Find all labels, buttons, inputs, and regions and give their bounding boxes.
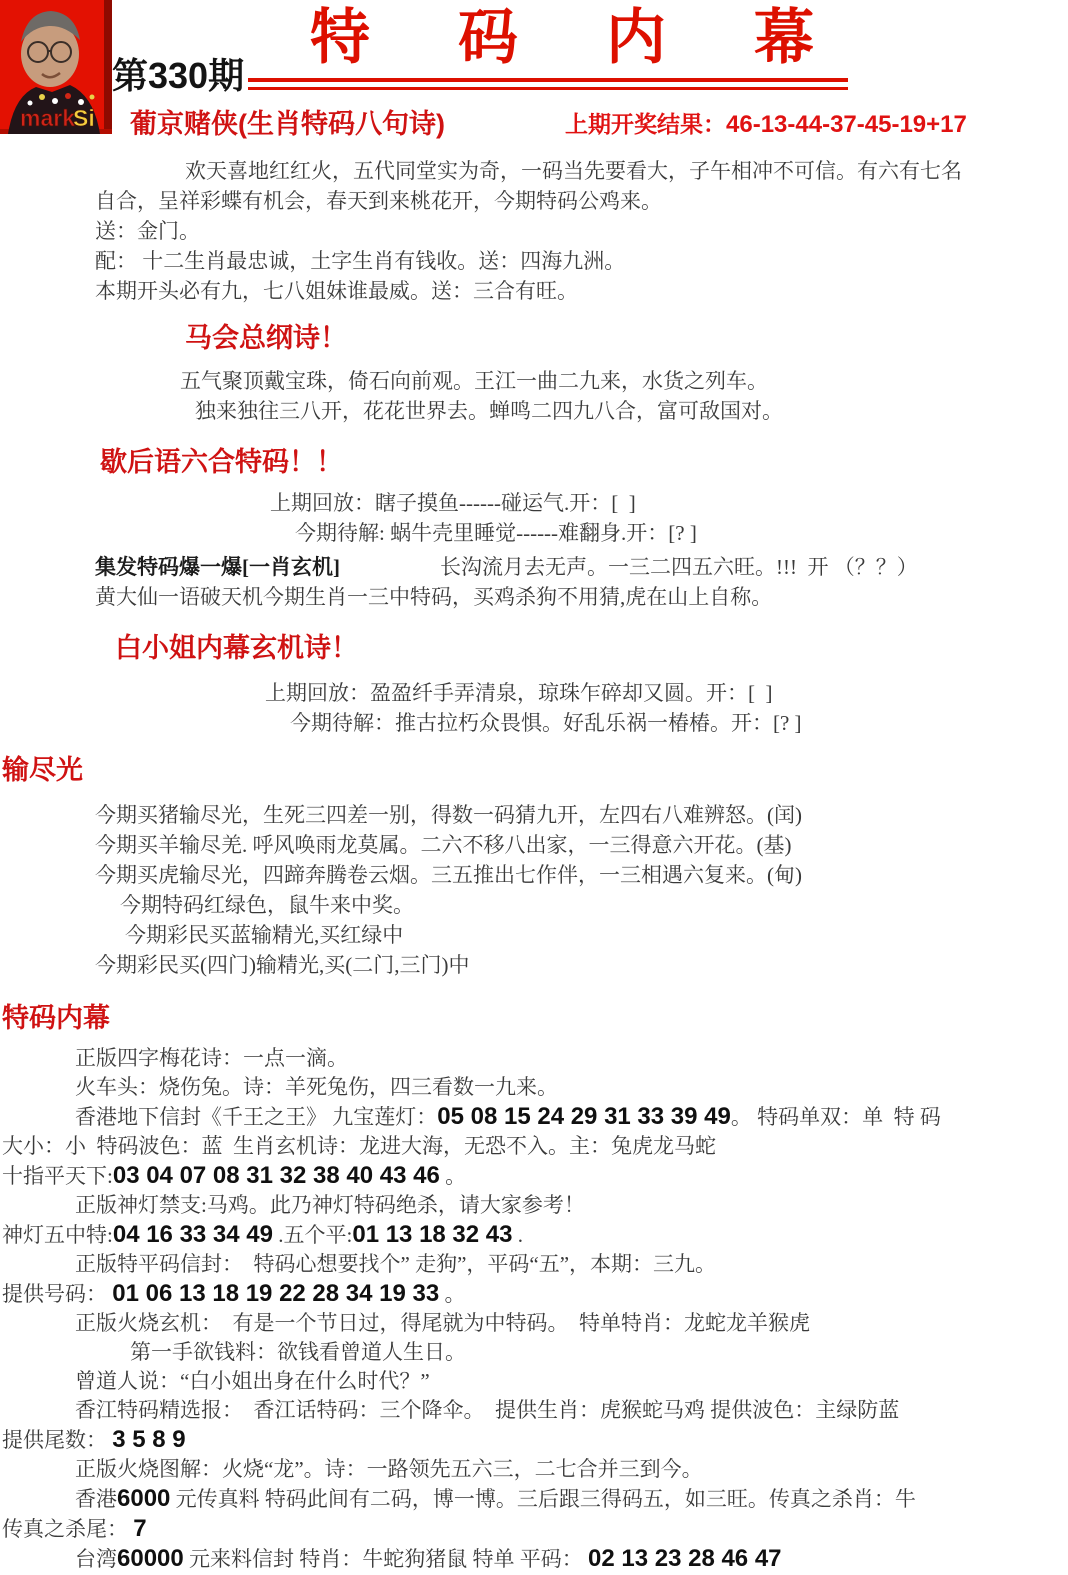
line-segment-numbers: 02 13 23 28 46 47 [588, 1545, 782, 1572]
tema-line-huoshao-tujie: 正版火烧图解：火烧“龙”。诗：一路领先五六三，二七合并三到今。 [75, 1455, 1068, 1484]
line-segment-numbers: 6000 [117, 1485, 170, 1512]
zodiac-poem-line: 配： 十二生肖最忠诚，土字生肖有钱收。送：四海九洲。 [95, 246, 1068, 276]
line-segment: 。 特码单双：单 特 码 [731, 1105, 941, 1129]
shujinguang-line: 今期彩民买蓝输精光,买红绿中 [125, 920, 1068, 950]
tema-line-daxiao-bose: 大小：小 特码波色：蓝 生肖玄机诗：龙进大海，无恐不入。主：兔虎龙马蛇 [2, 1132, 1068, 1161]
tema-line-taiwan60000: 台湾60000 元来料信封 特肖：牛蛇狗猪鼠 特单 平码： 02 13 23 2… [75, 1544, 1068, 1574]
zodiac-poem-line: 本期开头必有九，七八姐妹谁最威。送：三合有旺。 [95, 276, 1068, 306]
line-segment: 。 [439, 1282, 465, 1306]
tema-line-yuqianliao: 第一手欲钱料：欲钱看曾道人生日。 [130, 1338, 1068, 1367]
line-segment: .五个平: [273, 1223, 352, 1247]
shujinguang-line: 今期买虎输尽光，四蹄奔腾卷云烟。三五推出七作伴，一三相遇六复来。(甸) [95, 860, 1068, 890]
tema-line-weishu: 提供尾数： 3 5 8 9 [2, 1425, 1068, 1455]
line-segment: 神灯五中特: [2, 1223, 113, 1247]
line-segment-numbers: 05 08 15 24 29 31 33 39 49 [437, 1103, 731, 1130]
xiehouyu-prev-line: 上期回放：瞎子摸鱼------碰运气.开：[ ] [270, 488, 1068, 518]
sheet-content: 欢天喜地红红火，五代同堂实为奇，一码当先要看大，子午相冲不可信。有六有七名 自合… [0, 150, 1068, 1574]
line-segment: 元来料信封 特肖：牛蛇狗猪鼠 特单 平码： [184, 1547, 588, 1571]
line-segment: 正版火烧图解：火烧“龙”。诗：一路领先五六三，二七合并三到今。 [75, 1457, 703, 1481]
tema-line-tepingma-xinfeng: 正版特平码信封： 特码心想要找个” 走狗”，平码“五”，本期：三九。 [75, 1250, 1068, 1279]
last-draw-numbers: 46-13-44-37-45-19+17 [726, 111, 967, 138]
tema-line-chuanzhen6000: 香港6000 元传真料 特码此间有二码，博一博。三后跟三得码五，如三旺。传真之杀… [75, 1484, 1068, 1514]
tema-line-shizhi: 十指平天下:03 04 07 08 31 32 38 40 43 46 。 [2, 1161, 1068, 1191]
mahui-poem-line: 独来独往三八开，花花世界去。蝉鸣二四九八合，富可敌国对。 [195, 396, 1068, 426]
line-segment-numbers: 01 13 18 32 43 [352, 1221, 512, 1248]
line-segment: 长沟流月去无声。一三二四五六旺。!!! 开 （？？） [440, 555, 918, 579]
line-segment: 元传真料 特码此间有二码，博一博。三后跟三得码五，如三旺。传真之杀肖：牛 [170, 1487, 916, 1511]
shujinguang-line: 今期彩民买(四门)输精光,买(二门,三门)中 [95, 950, 1068, 980]
mahui-poem-line: 五气聚顶戴宝珠，倚石向前观。王江一曲二九来，水货之列车。 [180, 366, 1068, 396]
subtitle: 葡京赌侠(生肖特码八句诗) [130, 102, 445, 141]
line-segment: 传真之杀尾： [2, 1517, 133, 1541]
line-segment-numbers: 3 5 8 9 [112, 1426, 185, 1453]
section-heading-xiehouyu: 歇后语六合特码！！ [100, 446, 1068, 478]
tema-line-tigonghaoma: 提供号码： 01 06 13 18 19 22 28 34 19 33 。 [2, 1279, 1068, 1309]
tema-line-shendeng-jinzhi: 正版神灯禁支:马鸡。此乃神灯特码绝杀，请大家参考！ [75, 1191, 1068, 1220]
huangdaxian-line: 黄大仙一语破天机今期生肖一三中特码，买鸡杀狗不用猜,虎在山上自称。 [95, 582, 1068, 612]
line-segment: 香港地下信封《千王之王》 九宝莲灯： [75, 1105, 437, 1129]
line-segment: 香江特码精选报： 香江话特码：三个降伞。 提供生肖：虎猴蛇马鸡 提供波色：主绿防… [75, 1398, 899, 1422]
tema-line-shawei: 传真之杀尾： 7 [2, 1514, 1068, 1544]
line-segment-numbers: 7 [133, 1515, 146, 1542]
xiehouyu-now-line: 今期待解: 蜗牛壳里睡觉------难翻身.开：[? ] [295, 518, 1068, 548]
line-segment: 香港 [75, 1487, 117, 1511]
section-heading-baixiaojie: 白小姐内幕玄机诗！ [115, 632, 1068, 664]
line-segment: 台湾 [75, 1547, 117, 1571]
line-segment: 。 [440, 1164, 466, 1188]
shujinguang-line: 今期买猪输尽光，生死三四差一别，得数一码猜九开，左四右八难辨怒。(闰) [95, 800, 1068, 830]
page-title: 特码内幕 [310, 2, 902, 74]
baixiaojie-prev-line: 上期回放：盈盈纤手弄清泉，琼珠乍碎却又圆。开：[ ] [265, 678, 1068, 708]
line-segment-numbers: 60000 [117, 1545, 184, 1572]
line-segment: 正版四字梅花诗：一点一滴。 [75, 1046, 348, 1070]
tema-line-shendeng-wuzhongte: 神灯五中特:04 16 33 34 49 .五个平:01 13 18 32 43… [2, 1220, 1068, 1250]
line-segment: 集发特码爆一爆[一肖玄机] [95, 555, 340, 579]
tema-line-xiangjiang: 香江特码精选报： 香江话特码：三个降伞。 提供生肖：虎猴蛇马鸡 提供波色：主绿防… [75, 1396, 1068, 1425]
zodiac-poem-line: 自合，呈祥彩蝶有机会，春天到来桃花开，今期特码公鸡来。 [95, 186, 1068, 216]
tema-line-zengdaoren: 曾道人说：“白小姐出身在什么时代？” [75, 1367, 1068, 1396]
line-segment: 十指平天下: [2, 1164, 113, 1188]
line-segment: 正版特平码信封： 特码心想要找个” 走狗”，平码“五”，本期：三九。 [75, 1252, 716, 1276]
tema-line-meihuashi: 正版四字梅花诗：一点一滴。 [75, 1044, 1068, 1073]
issue-number: 第330期 [112, 48, 244, 99]
line-segment: 提供尾数： [2, 1428, 112, 1452]
tema-line-dixiaxinfeng: 香港地下信封《千王之王》 九宝莲灯：05 08 15 24 29 31 33 3… [75, 1102, 1068, 1132]
line-segment-numbers: 03 04 07 08 31 32 38 40 43 46 [113, 1162, 440, 1189]
jifa-tema-line: 集发特码爆一爆[一肖玄机]长沟流月去无声。一三二四五六旺。!!! 开 （？？） [95, 552, 1068, 582]
last-draw-label: 上期开奖结果： [565, 111, 726, 137]
title-underline [248, 78, 848, 90]
zodiac-poem-line: 送：金门。 [95, 216, 1068, 246]
line-segment-numbers: 01 06 13 18 19 22 28 34 19 33 [112, 1280, 439, 1307]
line-segment: 正版神灯禁支:马鸡。此乃神灯特码绝杀，请大家参考！ [75, 1193, 585, 1217]
line-segment: . [513, 1223, 524, 1247]
line-segment: 第一手欲钱料：欲钱看曾道人生日。 [130, 1340, 466, 1364]
section-heading-temaneimu: 特码内幕 [2, 1002, 1068, 1034]
line-segment-numbers: 04 16 33 34 49 [113, 1221, 273, 1248]
marksix-logo: mark Si [0, 0, 112, 134]
line-segment: 正版火烧玄机： 有是一个节日过，得尾就为中特码。 特单特肖：龙蛇龙羊猴虎 [75, 1311, 810, 1335]
baixiaojie-now-line: 今期待解：推古拉朽众畏惧。好乱乐祸一椿椿。开：[? ] [290, 708, 1068, 738]
line-segment: 火车头：烧伤兔。诗：羊死兔伤，四三看数一九来。 [75, 1075, 558, 1099]
line-segment: 曾道人说：“白小姐出身在什么时代？” [75, 1369, 430, 1393]
logo-text-mark: mark [20, 105, 75, 131]
shujinguang-line: 今期特码红绿色，鼠牛来中奖。 [120, 890, 1068, 920]
logo-text-si: Si [73, 105, 95, 131]
tema-line-huochetou: 火车头：烧伤兔。诗：羊死兔伤，四三看数一九来。 [75, 1073, 1068, 1102]
last-draw-result: 上期开奖结果：46-13-44-37-45-19+17 [565, 106, 967, 139]
logo-graphic: mark Si [0, 0, 112, 134]
section-heading-mahui: 马会总纲诗！ [185, 322, 1068, 354]
line-segment: 提供号码： [2, 1282, 112, 1306]
line-segment: 大小：小 特码波色：蓝 生肖玄机诗：龙进大海，无恐不入。主：兔虎龙马蛇 [2, 1134, 716, 1158]
zodiac-poem-line: 欢天喜地红红火，五代同堂实为奇，一码当先要看大，子午相冲不可信。有六有七名 [185, 156, 1068, 186]
shujinguang-line: 今期买羊输尽羌. 呼风唤雨龙莫属。二六不移八出家，一三得意六开花。(基) [95, 830, 1068, 860]
tip-sheet-page: mark Si 第330期 特码内幕 葡京赌侠(生肖特码八句诗) 上期开奖结果：… [0, 0, 1068, 1575]
tema-line-huoshao-xuanji: 正版火烧玄机： 有是一个节日过，得尾就为中特码。 特单特肖：龙蛇龙羊猴虎 [75, 1309, 1068, 1338]
section-heading-shujinguang: 输尽光 [2, 754, 1068, 786]
